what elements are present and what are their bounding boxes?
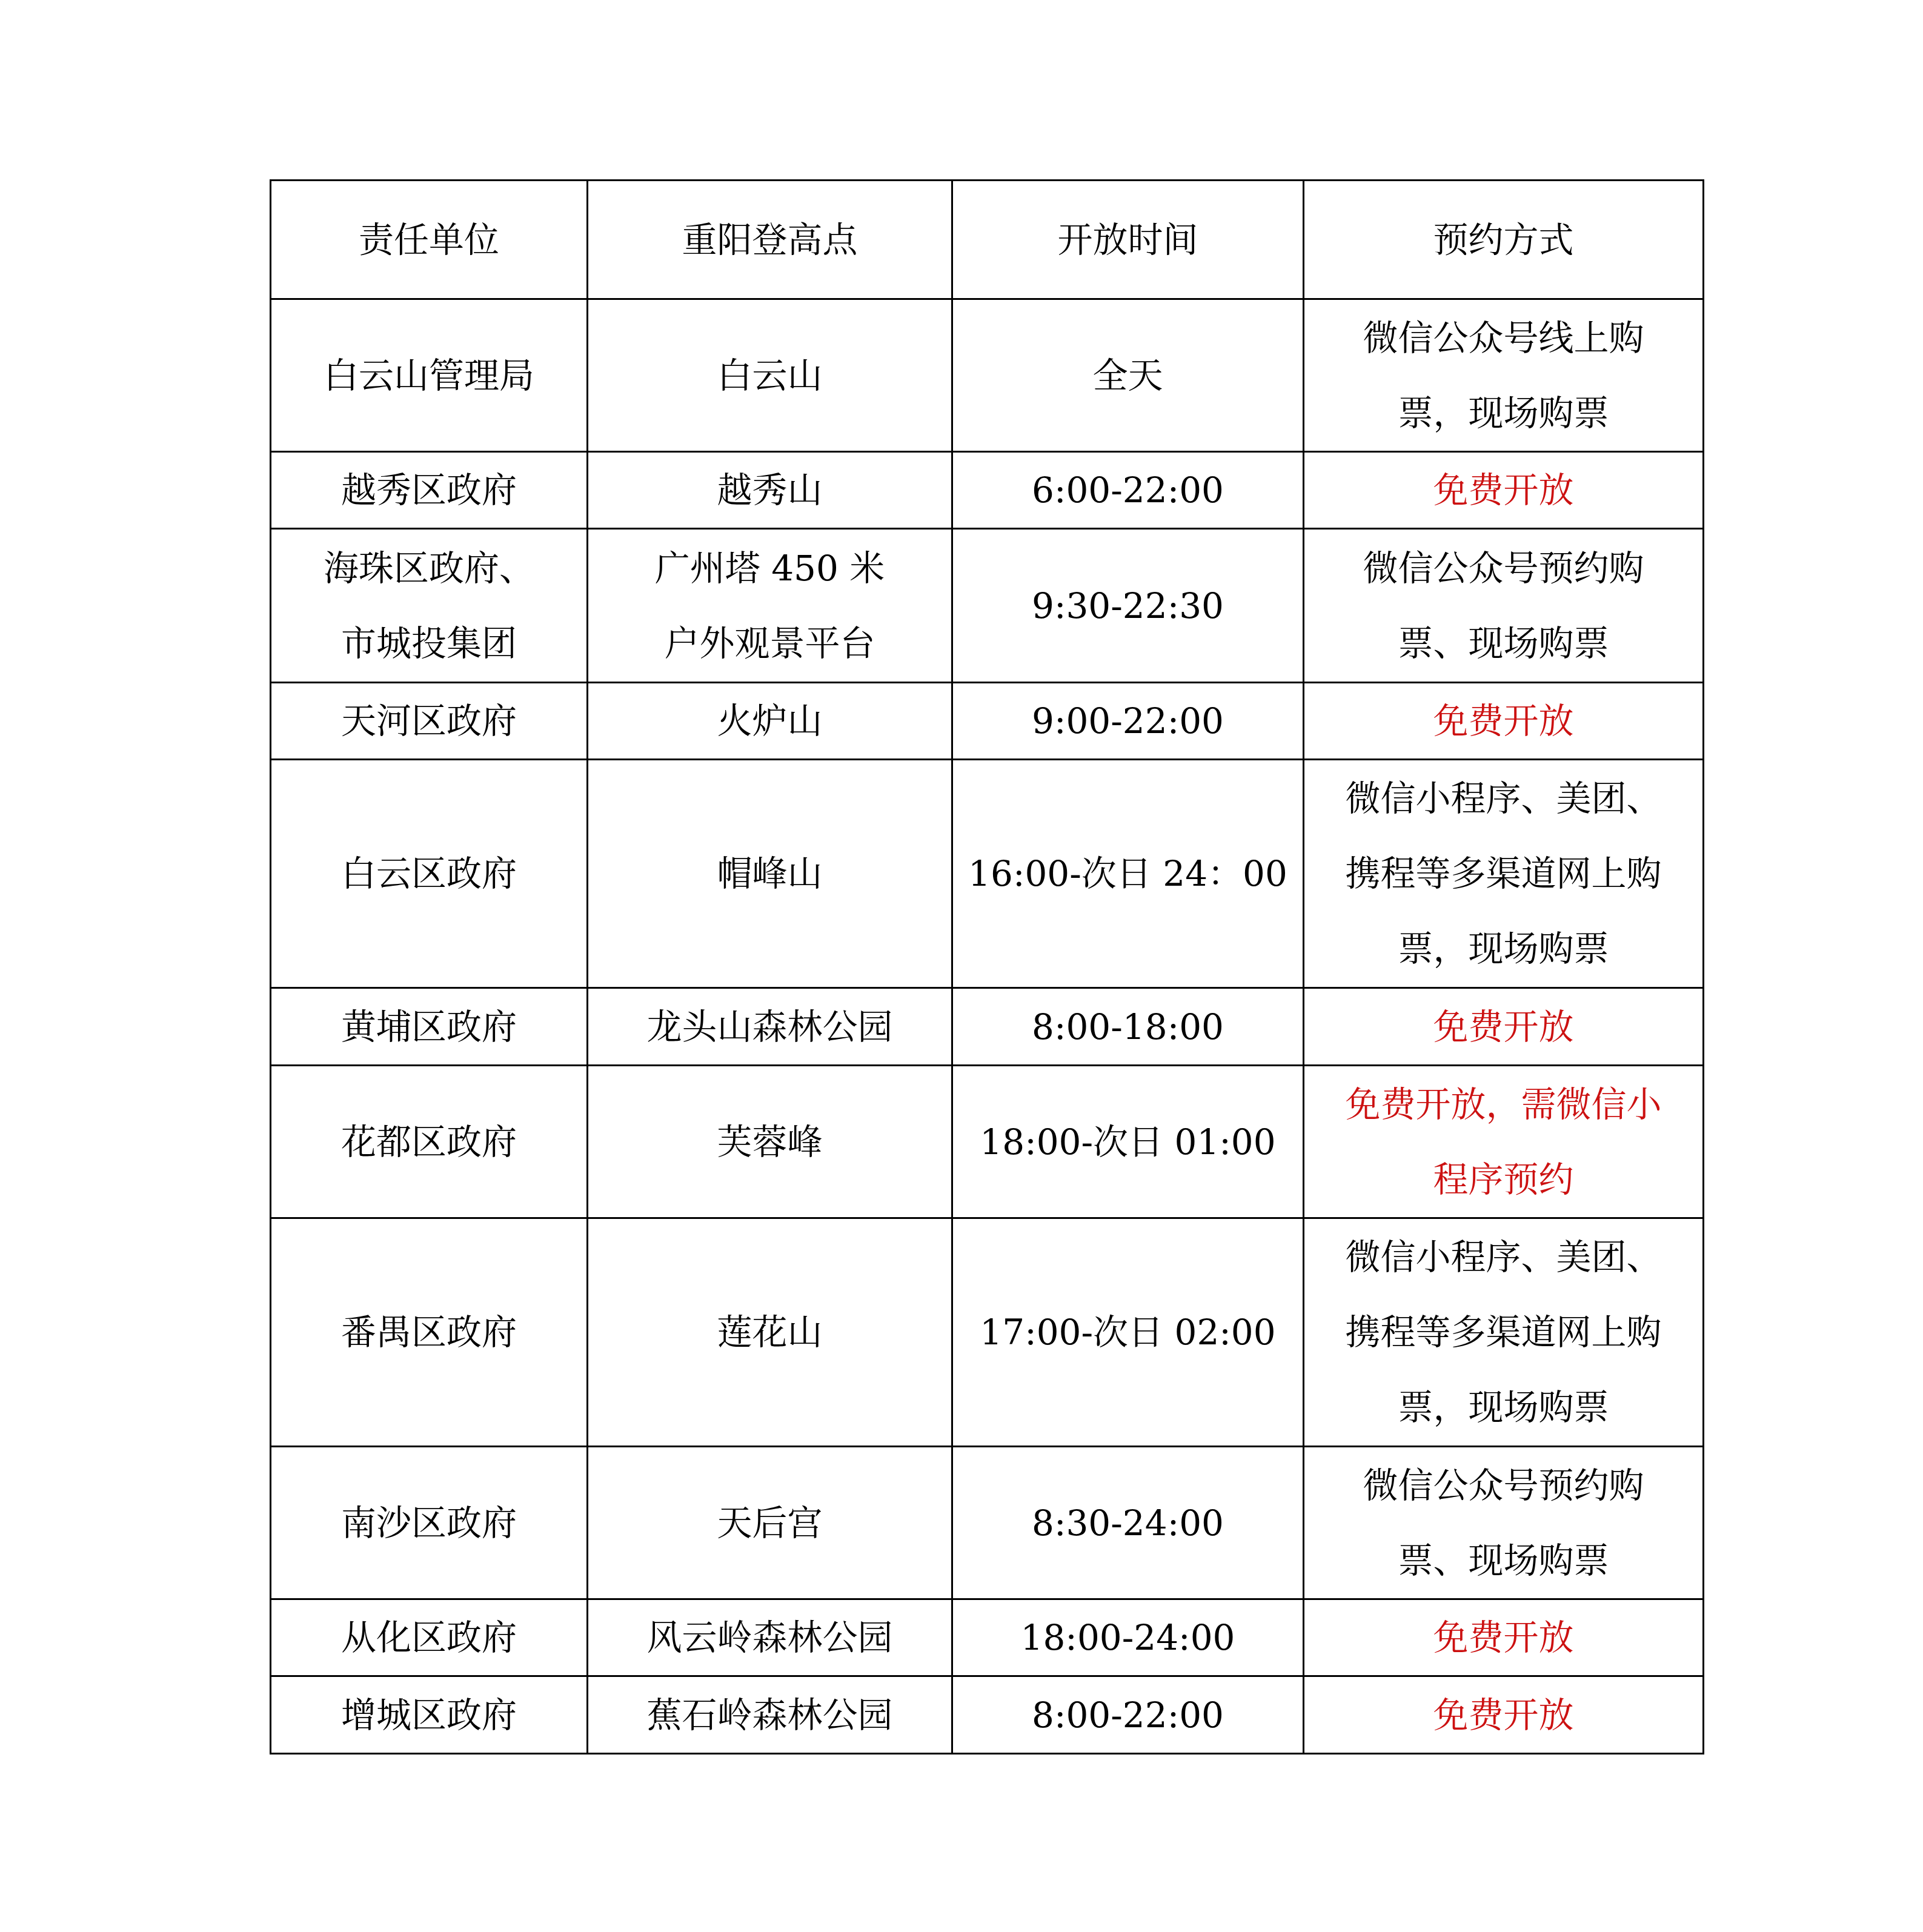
cell-text-line: 9:30-22:30 <box>964 568 1292 643</box>
chongyang-venues-table: 责任单位 重阳登高点 开放时间 预约方式 白云山管理局白云山全天微信公众号线上购… <box>270 179 1704 1754</box>
cell-venue: 芙蓉峰 <box>588 1066 952 1218</box>
cell-booking-method: 微信公众号线上购票，现场购票 <box>1304 299 1704 452</box>
cell-text-line: 芙蓉峰 <box>599 1104 940 1180</box>
cell-text-line: 全天 <box>964 338 1292 413</box>
table-row: 南沙区政府天后宫8:30-24:00微信公众号预约购票、现场购票 <box>271 1447 1704 1599</box>
table-row: 天河区政府火炉山9:00-22:00免费开放 <box>271 683 1704 760</box>
cell-booking-method: 免费开放 <box>1304 1599 1704 1676</box>
table-row: 白云山管理局白云山全天微信公众号线上购票，现场购票 <box>271 299 1704 452</box>
cell-text-line: 蕉石岭森林公园 <box>599 1678 940 1753</box>
cell-text-line: 8:00-18:00 <box>964 989 1292 1064</box>
cell-venue: 火炉山 <box>588 683 952 760</box>
cell-venue: 白云山 <box>588 299 952 452</box>
table-row: 花都区政府芙蓉峰18:00-次日 01:00免费开放，需微信小程序预约 <box>271 1066 1704 1218</box>
cell-text-line: 18:00-次日 01:00 <box>964 1104 1292 1180</box>
cell-responsible-unit: 白云区政府 <box>271 760 588 988</box>
cell-text-line: 微信公众号预约购 <box>1315 531 1692 606</box>
cell-text-line: 莲花山 <box>599 1295 940 1370</box>
cell-text-line: 微信小程序、美团、 <box>1315 761 1692 836</box>
cell-text-line: 17:00-次日 02:00 <box>964 1295 1292 1370</box>
cell-text-line: 市城投集团 <box>282 606 576 681</box>
cell-opening-hours: 8:00-22:00 <box>952 1676 1304 1754</box>
cell-booking-method: 微信公众号预约购票、现场购票 <box>1304 529 1704 683</box>
cell-opening-hours: 18:00-次日 01:00 <box>952 1066 1304 1218</box>
table-row: 白云区政府帽峰山16:00-次日 24：00微信小程序、美团、携程等多渠道网上购… <box>271 760 1704 988</box>
cell-venue: 天后宫 <box>588 1447 952 1599</box>
cell-text-line: 户外观景平台 <box>599 606 940 681</box>
cell-text-line: 微信公众号线上购 <box>1315 300 1692 376</box>
cell-venue: 莲花山 <box>588 1218 952 1447</box>
cell-text-line: 微信小程序、美团、 <box>1315 1220 1692 1295</box>
table-row: 黄埔区政府龙头山森林公园8:00-18:00免费开放 <box>271 988 1704 1066</box>
cell-responsible-unit: 越秀区政府 <box>271 452 588 529</box>
cell-venue: 龙头山森林公园 <box>588 988 952 1066</box>
cell-text-line: 花都区政府 <box>282 1104 576 1180</box>
cell-text-line: 携程等多渠道网上购 <box>1315 836 1692 911</box>
cell-venue: 蕉石岭森林公园 <box>588 1676 952 1754</box>
table-row: 海珠区政府、市城投集团广州塔 450 米户外观景平台9:30-22:30微信公众… <box>271 529 1704 683</box>
cell-text-line: 携程等多渠道网上购 <box>1315 1295 1692 1370</box>
cell-text-line: 火炉山 <box>599 683 940 759</box>
cell-responsible-unit: 白云山管理局 <box>271 299 588 452</box>
cell-text-line: 票，现场购票 <box>1315 1370 1692 1445</box>
cell-opening-hours: 18:00-24:00 <box>952 1599 1304 1676</box>
cell-text-line: 免费开放，需微信小 <box>1315 1067 1692 1142</box>
cell-text-line: 8:00-22:00 <box>964 1678 1292 1753</box>
header-booking-method: 预约方式 <box>1304 181 1704 299</box>
cell-booking-method: 微信小程序、美团、携程等多渠道网上购票，现场购票 <box>1304 760 1704 988</box>
cell-text-line: 票、现场购票 <box>1315 1523 1692 1598</box>
cell-text-line: 广州塔 450 米 <box>599 531 940 606</box>
cell-text-line: 票、现场购票 <box>1315 606 1692 681</box>
cell-booking-method: 微信公众号预约购票、现场购票 <box>1304 1447 1704 1599</box>
cell-text-line: 帽峰山 <box>599 836 940 911</box>
cell-responsible-unit: 海珠区政府、市城投集团 <box>271 529 588 683</box>
cell-opening-hours: 8:30-24:00 <box>952 1447 1304 1599</box>
cell-text-line: 天河区政府 <box>282 683 576 759</box>
cell-booking-method: 微信小程序、美团、携程等多渠道网上购票，现场购票 <box>1304 1218 1704 1447</box>
cell-opening-hours: 6:00-22:00 <box>952 452 1304 529</box>
cell-text-line: 增城区政府 <box>282 1678 576 1753</box>
cell-venue: 风云岭森林公园 <box>588 1599 952 1676</box>
cell-text-line: 18:00-24:00 <box>964 1600 1292 1675</box>
cell-responsible-unit: 增城区政府 <box>271 1676 588 1754</box>
cell-opening-hours: 16:00-次日 24：00 <box>952 760 1304 988</box>
cell-text-line: 免费开放 <box>1315 453 1692 528</box>
cell-venue: 广州塔 450 米户外观景平台 <box>588 529 952 683</box>
table-row: 增城区政府蕉石岭森林公园8:00-22:00免费开放 <box>271 1676 1704 1754</box>
cell-text-line: 南沙区政府 <box>282 1486 576 1561</box>
header-venue: 重阳登高点 <box>588 181 952 299</box>
cell-responsible-unit: 从化区政府 <box>271 1599 588 1676</box>
cell-booking-method: 免费开放 <box>1304 1676 1704 1754</box>
cell-venue: 帽峰山 <box>588 760 952 988</box>
header-row: 责任单位 重阳登高点 开放时间 预约方式 <box>271 181 1704 299</box>
cell-responsible-unit: 南沙区政府 <box>271 1447 588 1599</box>
cell-text-line: 黄埔区政府 <box>282 989 576 1064</box>
cell-booking-method: 免费开放 <box>1304 988 1704 1066</box>
cell-text-line: 风云岭森林公园 <box>599 1600 940 1675</box>
cell-text-line: 越秀山 <box>599 453 940 528</box>
cell-text-line: 天后宫 <box>599 1486 940 1561</box>
header-responsible-unit: 责任单位 <box>271 181 588 299</box>
cell-venue: 越秀山 <box>588 452 952 529</box>
cell-text-line: 龙头山森林公园 <box>599 989 940 1064</box>
cell-text-line: 6:00-22:00 <box>964 453 1292 528</box>
table-body: 白云山管理局白云山全天微信公众号线上购票，现场购票越秀区政府越秀山6:00-22… <box>271 299 1704 1754</box>
cell-text-line: 票，现场购票 <box>1315 911 1692 986</box>
cell-text-line: 海珠区政府、 <box>282 531 576 606</box>
cell-text-line: 票，现场购票 <box>1315 376 1692 451</box>
cell-text-line: 白云山管理局 <box>282 338 576 413</box>
cell-text-line: 白云区政府 <box>282 836 576 911</box>
cell-text-line: 免费开放 <box>1315 989 1692 1064</box>
cell-text-line: 越秀区政府 <box>282 453 576 528</box>
cell-text-line: 8:30-24:00 <box>964 1486 1292 1561</box>
header-opening-hours: 开放时间 <box>952 181 1304 299</box>
cell-opening-hours: 9:30-22:30 <box>952 529 1304 683</box>
cell-booking-method: 免费开放，需微信小程序预约 <box>1304 1066 1704 1218</box>
cell-booking-method: 免费开放 <box>1304 683 1704 760</box>
cell-text-line: 微信公众号预约购 <box>1315 1448 1692 1523</box>
cell-opening-hours: 17:00-次日 02:00 <box>952 1218 1304 1447</box>
cell-responsible-unit: 花都区政府 <box>271 1066 588 1218</box>
table-row: 从化区政府风云岭森林公园18:00-24:00免费开放 <box>271 1599 1704 1676</box>
cell-text-line: 程序预约 <box>1315 1142 1692 1217</box>
cell-text-line: 白云山 <box>599 338 940 413</box>
cell-opening-hours: 8:00-18:00 <box>952 988 1304 1066</box>
cell-text-line: 16:00-次日 24：00 <box>964 836 1292 911</box>
cell-text-line: 9:00-22:00 <box>964 683 1292 759</box>
cell-text-line: 免费开放 <box>1315 1678 1692 1753</box>
cell-text-line: 从化区政府 <box>282 1600 576 1675</box>
cell-text-line: 番禺区政府 <box>282 1295 576 1370</box>
cell-responsible-unit: 番禺区政府 <box>271 1218 588 1447</box>
cell-text-line: 免费开放 <box>1315 683 1692 759</box>
table-row: 番禺区政府莲花山17:00-次日 02:00微信小程序、美团、携程等多渠道网上购… <box>271 1218 1704 1447</box>
cell-opening-hours: 全天 <box>952 299 1304 452</box>
cell-opening-hours: 9:00-22:00 <box>952 683 1304 760</box>
cell-responsible-unit: 黄埔区政府 <box>271 988 588 1066</box>
cell-text-line: 免费开放 <box>1315 1600 1692 1675</box>
cell-booking-method: 免费开放 <box>1304 452 1704 529</box>
table-row: 越秀区政府越秀山6:00-22:00免费开放 <box>271 452 1704 529</box>
cell-responsible-unit: 天河区政府 <box>271 683 588 760</box>
